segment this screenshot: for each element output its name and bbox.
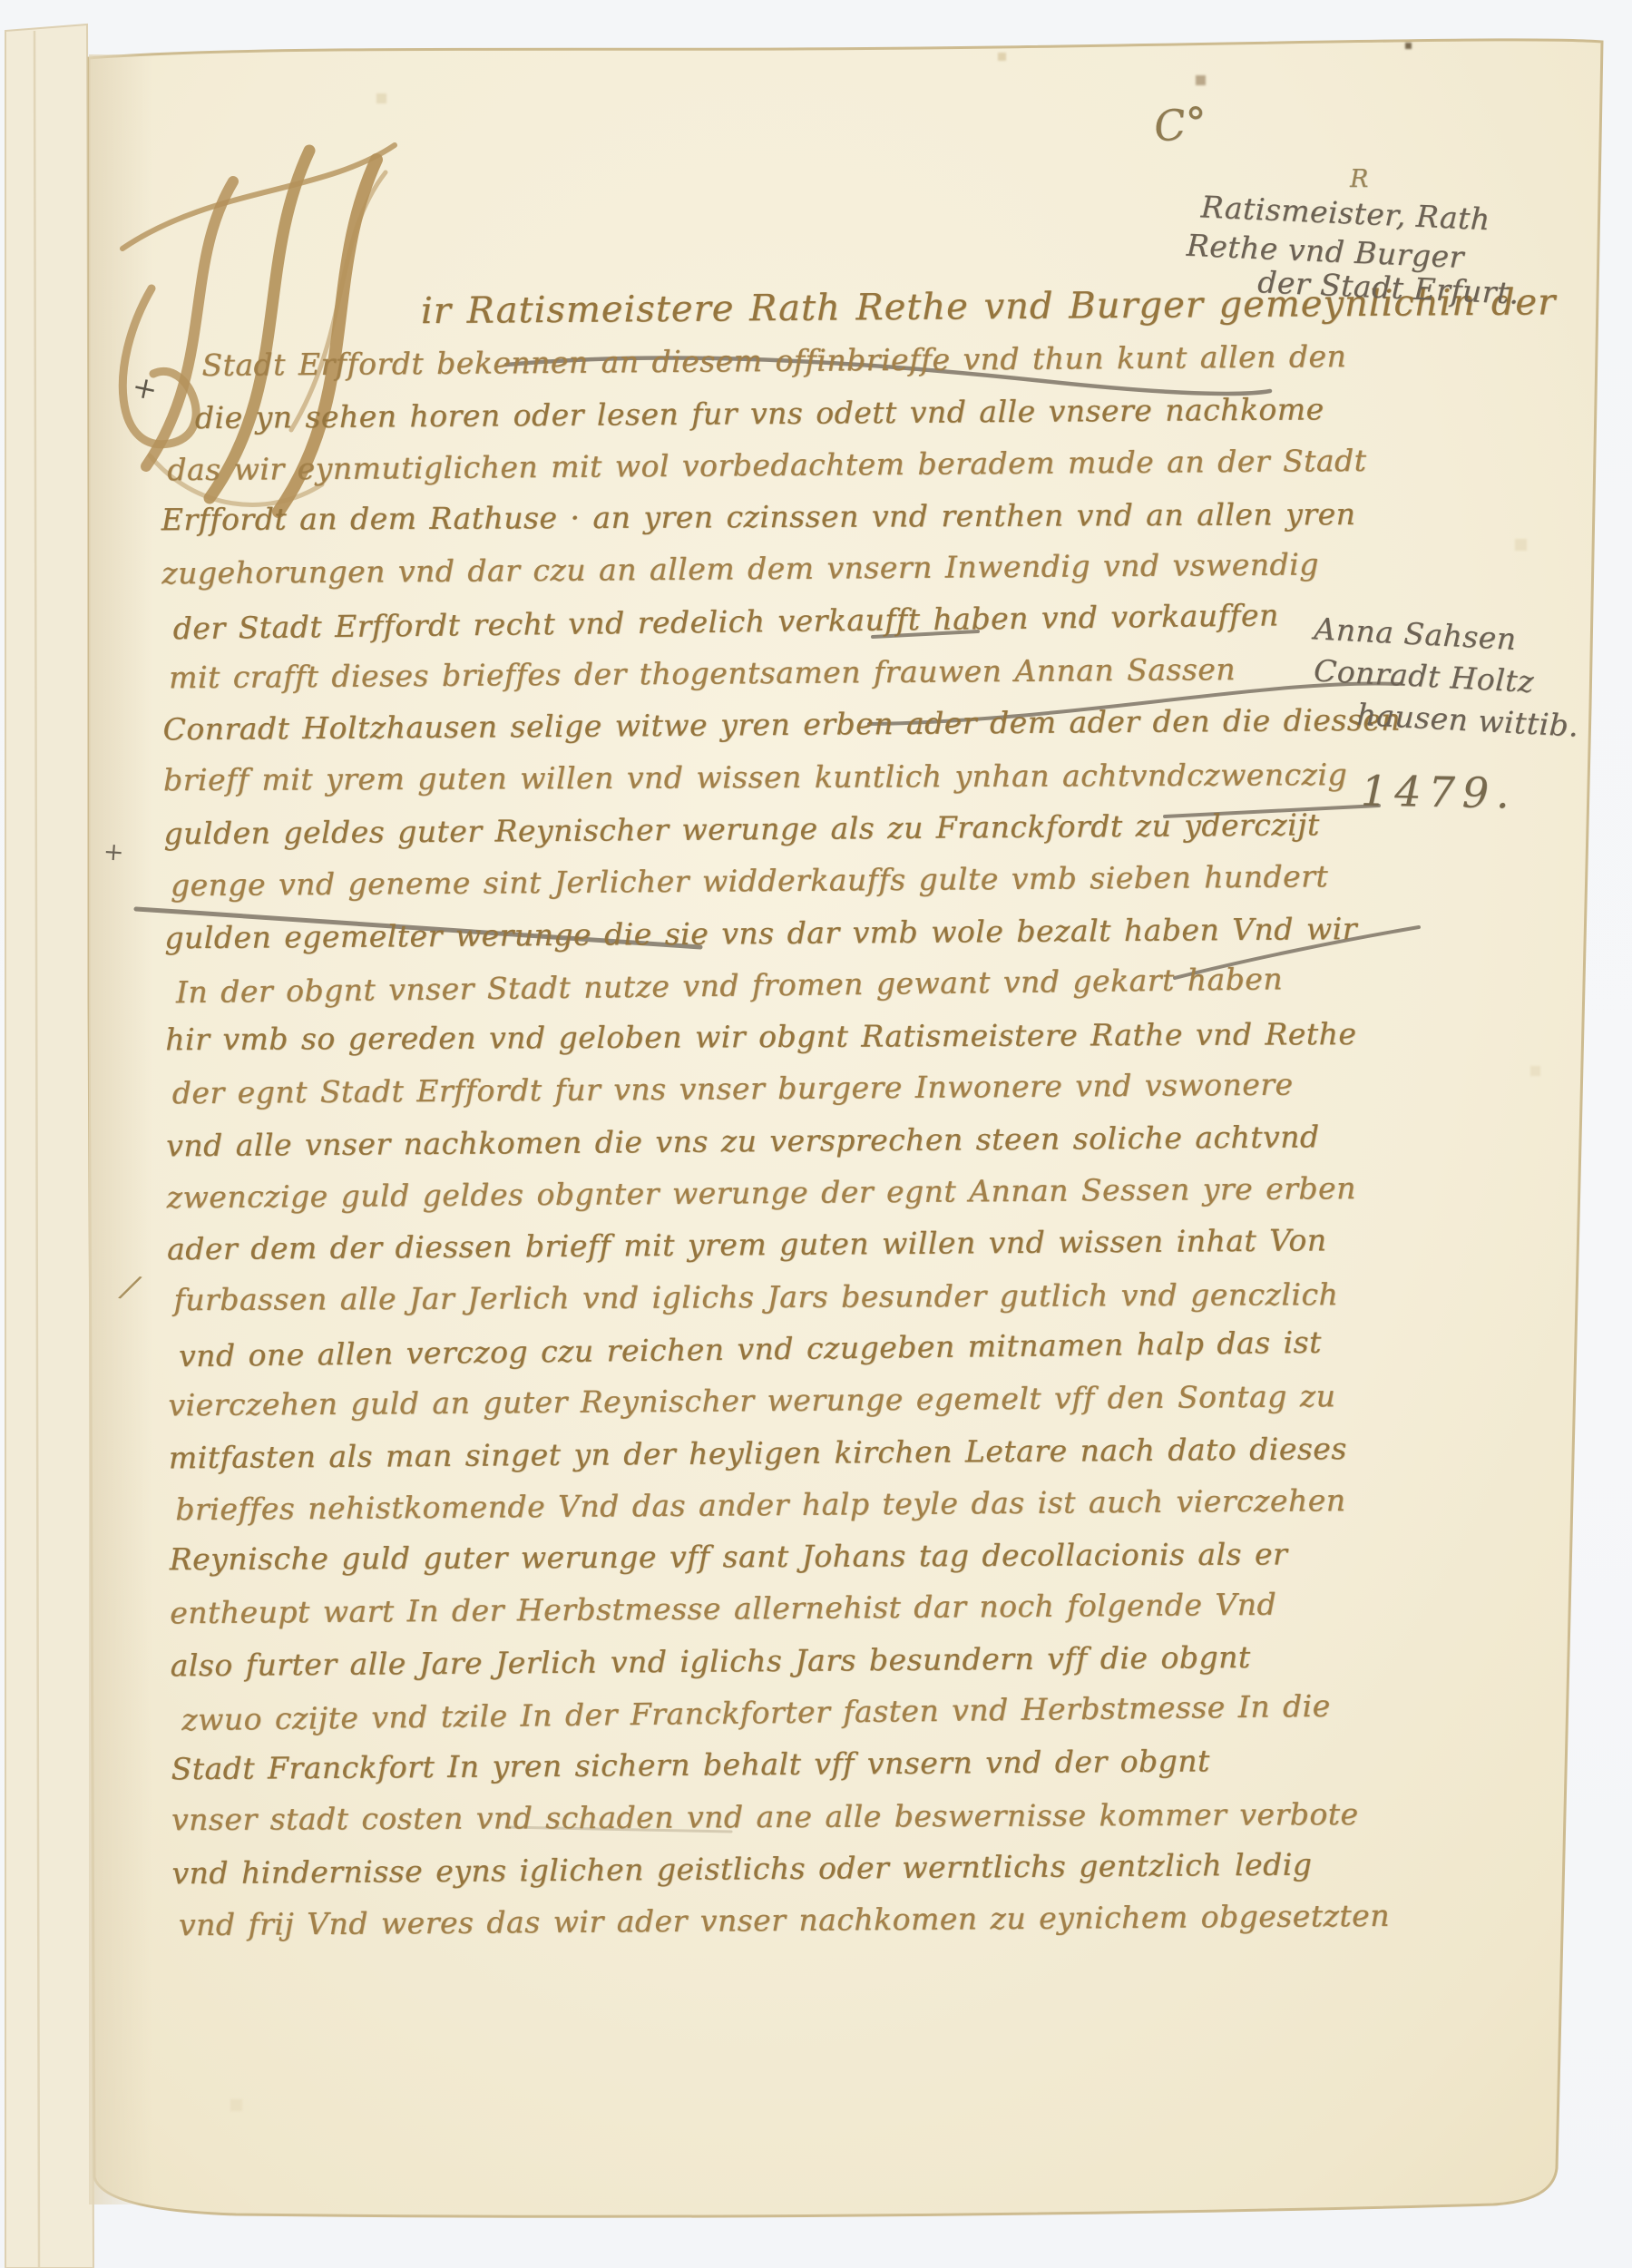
margin-plus-mark: + (103, 837, 125, 867)
manuscript-text-line: entheupt wart In der Herbstmesse allerne… (170, 1578, 1403, 1639)
folio-mark: C° (1152, 103, 1209, 147)
manuscript-text-line: hir vmb so gereden vnd geloben wir obgnt… (165, 1008, 1399, 1066)
manuscript-text-line: Reynische guld guter werunge vff sant Jo… (170, 1528, 1403, 1586)
manuscript-text-line: die yn sehen horen oder lesen fur vns od… (195, 382, 1394, 444)
manuscript-text-line: mitfasten als man singet yn der heyligen… (169, 1422, 1402, 1483)
manuscript-text-line: genge vnd geneme sint Jerlicher widderka… (171, 850, 1398, 912)
manuscript-text-line: Erffordt an dem Rathuse · an yren czinss… (161, 488, 1395, 546)
manuscript-text-line: ader dem der diessen brieff mit yrem gut… (167, 1214, 1401, 1276)
manuscript-text-block: ir Ratismeistere Rath Rethe vnd Burger g… (160, 279, 1406, 1951)
manuscript-text-line: Conradt Holtzhausen selige witwe yren er… (162, 694, 1396, 756)
manuscript-photo: ir Ratismeistere Rath Rethe vnd Burger g… (0, 0, 1632, 2268)
gloss-top-right: Ratismeister, Rath Rethe vnd Burger der … (1197, 187, 1523, 312)
manuscript-text-line: der egnt Stadt Erffordt fur vns vnser bu… (172, 1058, 1400, 1119)
foxing-spots (0, 0, 1, 1)
manuscript-text-line: vnser stadt costen vnd schaden vnd ane a… (171, 1787, 1405, 1845)
manuscript-text-line: vnd frij Vnd weres das wir ader vnser na… (179, 1890, 1406, 1951)
manuscript-text-line: Stadt Erffordt bekennen an diesem offinb… (201, 330, 1393, 392)
manuscript-text-line: vnd hindernisse eyns iglichen geistlichs… (171, 1838, 1405, 1900)
manuscript-text-line: zwenczige guld geldes obgnter werunge de… (166, 1162, 1400, 1224)
underlying-page-edge (5, 24, 93, 2268)
manuscript-text-line: brieff mit yrem guten willen vnd wissen … (163, 748, 1397, 806)
manuscript-text-line: das wir eynmutiglichen mit wol vorbedach… (167, 435, 1394, 496)
gloss-right-name: Anna Sahsen Conradt Holtz hausen wittib. (1309, 608, 1585, 747)
year-gloss: 1479. (1361, 772, 1517, 814)
manuscript-text-line: gulden geldes guter Reynischer werunge a… (163, 798, 1397, 860)
small-r-mark: R (1350, 160, 1369, 199)
manuscript-text-line: brieffes nehistkomende Vnd das ander hal… (175, 1473, 1402, 1535)
manuscript-text-line: vnd alle vnser nachkomen die vns zu vers… (166, 1110, 1400, 1171)
